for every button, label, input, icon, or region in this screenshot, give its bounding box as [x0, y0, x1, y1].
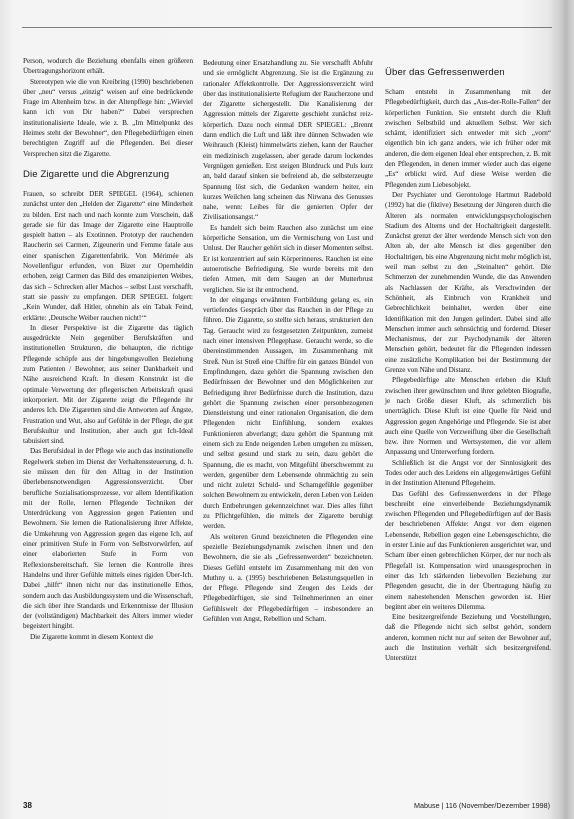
paragraph: Pflegebedürftige alte Menschen erleben d…: [385, 375, 551, 457]
paragraph: In dieser Perspektive ist die Zigarette …: [23, 323, 193, 447]
section-heading: Über das Gefressenwerden: [385, 67, 551, 79]
text-column-2: Bedeutung einer Ersatzhandlung zu. Sie v…: [203, 58, 373, 624]
paragraph: In der eingangs erwähnten Fortbildung ge…: [203, 295, 373, 532]
paragraph: Frauen, so schreibt DER SPIEGEL (1964), …: [23, 189, 193, 323]
paragraph: Als weiteren Grund bezeichneten die Pfle…: [203, 532, 373, 625]
paragraph: Stereotypen wie die von Kreibring (1990)…: [23, 77, 193, 159]
paragraph: Die Zigarette kommt in diesem Kontext di…: [23, 632, 193, 642]
paragraph: Schließlich ist die Angst vor der Sinnlo…: [385, 458, 551, 489]
paragraph: Eine besitzergreifende Beziehung und Vor…: [385, 612, 551, 663]
page-number: 38: [23, 801, 32, 810]
paragraph: Es handelt sich beim Rauchen also zunäch…: [203, 223, 373, 295]
paragraph: Bedeutung einer Ersatzhandlung zu. Sie v…: [203, 58, 373, 223]
text-column-3: Über das Gefressenwerden Scham entsteht …: [385, 67, 551, 664]
paragraph: Scham entsteht in Zusammenhang mit der P…: [385, 87, 551, 190]
journal-footer: Mabuse | 116 (November/Dezember 1998): [414, 801, 550, 810]
paragraph: Das Gefühl des Gefressenwerdens in der P…: [385, 489, 551, 613]
paragraph: Der Psychiater und Gerontologe Hartmut R…: [385, 190, 551, 375]
top-rule-divider: [22, 27, 552, 28]
scanned-magazine-page: Person, wodurch die Beziehung ebenfalls …: [0, 0, 574, 819]
text-column-1: Person, wodurch die Beziehung ebenfalls …: [23, 56, 193, 642]
paragraph: Person, wodurch die Beziehung ebenfalls …: [23, 56, 193, 77]
section-heading: Die Zigarette und die Abgrenzung: [23, 169, 193, 181]
paragraph: Das Berufsideal in der Pflege wie auch d…: [23, 446, 193, 631]
